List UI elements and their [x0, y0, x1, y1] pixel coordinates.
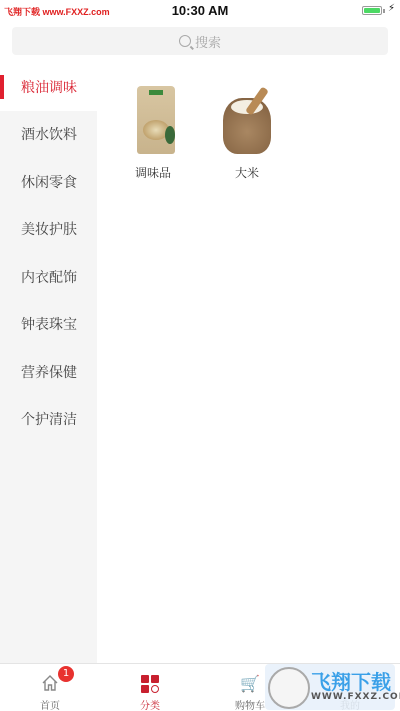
product-label: 调味品	[113, 164, 193, 181]
battery-icon	[362, 6, 382, 15]
charging-icon: ⚡	[388, 3, 395, 14]
cart-icon: 🛒	[239, 674, 261, 694]
status-bar: 飞翔下载 www.FXXZ.com 10:30 AM ⚡	[0, 0, 400, 22]
sidebar-item-underwear[interactable]: 内衣配饰	[0, 253, 97, 301]
product-label: 大米	[207, 164, 287, 181]
status-time: 10:30 AM	[0, 3, 400, 18]
sidebar-item-beauty[interactable]: 美妆护肤	[0, 206, 97, 254]
watermark-overlay: 飞翔下载 WWW.FXXZ.COM	[265, 664, 395, 710]
category-sidebar: 粮油调味 酒水饮料 休闲零食 美妆护肤 内衣配饰 钟表珠宝 营养保健 个护清洁	[0, 63, 97, 663]
search-placeholder: 搜索	[195, 32, 221, 51]
sidebar-item-personal-care[interactable]: 个护清洁	[0, 396, 97, 444]
sidebar-item-label: 美妆护肤	[21, 219, 77, 239]
watermark-logo-icon	[268, 667, 310, 709]
search-bar[interactable]: 搜索	[12, 27, 388, 55]
category-icon	[139, 674, 161, 694]
sidebar-item-label: 粮油调味	[21, 77, 77, 97]
product-rice[interactable]: 大米	[207, 86, 287, 181]
watermark-url: WWW.FXXZ.COM	[311, 692, 400, 702]
watermark-title: 飞翔下载	[311, 666, 391, 695]
tab-label: 首页	[0, 697, 100, 711]
sidebar-item-grain-oil[interactable]: 粮油调味	[0, 63, 97, 111]
tab-home[interactable]: 1 首页	[0, 664, 100, 711]
notification-badge: 1	[58, 666, 74, 682]
tab-label: 分类	[100, 697, 200, 711]
search-icon	[179, 35, 191, 47]
product-seasoning[interactable]: 调味品	[113, 86, 193, 181]
battery-tip	[383, 9, 385, 13]
seasoning-pouch-image	[123, 86, 183, 156]
sidebar-item-label: 酒水饮料	[21, 124, 77, 144]
sidebar-item-label: 钟表珠宝	[21, 314, 77, 334]
sidebar-item-label: 个护清洁	[21, 409, 77, 429]
tab-category[interactable]: 分类	[100, 664, 200, 711]
sidebar-item-jewelry[interactable]: 钟表珠宝	[0, 301, 97, 349]
product-grid: 调味品 大米	[97, 63, 400, 663]
sidebar-item-label: 营养保健	[21, 362, 77, 382]
sidebar-item-drinks[interactable]: 酒水饮料	[0, 111, 97, 159]
sidebar-item-health[interactable]: 营养保健	[0, 348, 97, 396]
sidebar-item-label: 内衣配饰	[21, 267, 77, 287]
sidebar-item-snacks[interactable]: 休闲零食	[0, 158, 97, 206]
sidebar-item-label: 休闲零食	[21, 172, 77, 192]
rice-sack-image	[217, 86, 277, 156]
